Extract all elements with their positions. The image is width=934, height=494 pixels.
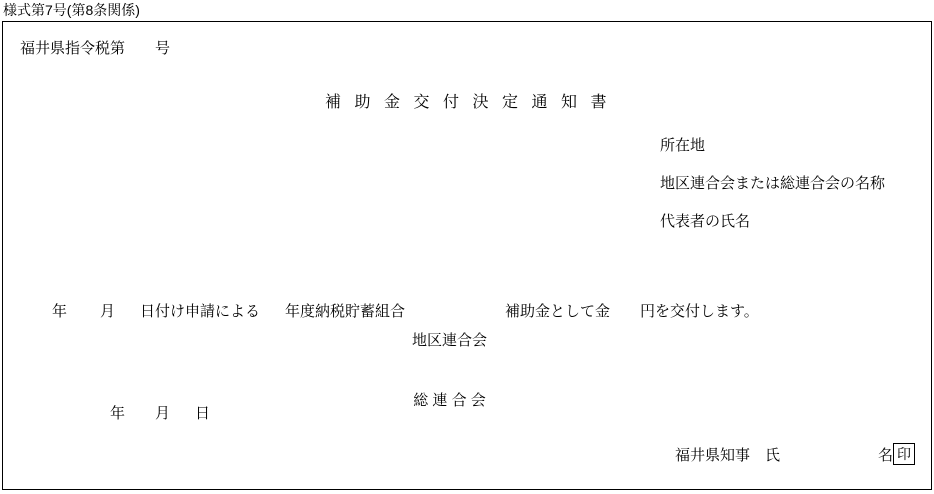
date-day-label: 日 [195,405,210,422]
seal-mark: 印 [893,443,915,465]
form-number-label: 様式第7号(第8条関係) [3,2,140,18]
body-union-type-line2: 総 連 合 会 [412,391,487,411]
body-subsidy-phrase: 補助金として金 [505,303,610,320]
signature-governor-label: 福井県知事 氏 [675,447,780,464]
body-year-label: 年 [52,303,67,320]
date-month-label: 月 [155,405,170,422]
recipient-address-label: 所在地 [660,137,705,154]
body-union-phrase: 年度納税貯蓄組合 [285,303,405,320]
body-grant-phrase: 円を交付します。 [640,303,759,320]
document-number-line: 福井県指令税第 号 [20,40,170,57]
signature-name-suffix: 名 [878,447,893,464]
body-union-type-line1: 地区連合会 [412,331,487,351]
body-month-label: 月 [100,303,115,320]
subsidy-notice-form: 様式第7号(第8条関係) 福井県指令税第 号 補助金交付決定通知書 所在地 地区… [0,0,934,494]
body-apply-phrase: 日付け申請による [140,303,260,320]
recipient-representative-label: 代表者の氏名 [660,213,750,230]
body-union-type-stack: 地区連合会 総 連 合 会 [412,291,487,451]
recipient-org-name-label: 地区連合会または総連合会の名称 [660,175,885,192]
date-year-label: 年 [110,405,125,422]
document-title: 補助金交付決定通知書 [325,94,620,112]
